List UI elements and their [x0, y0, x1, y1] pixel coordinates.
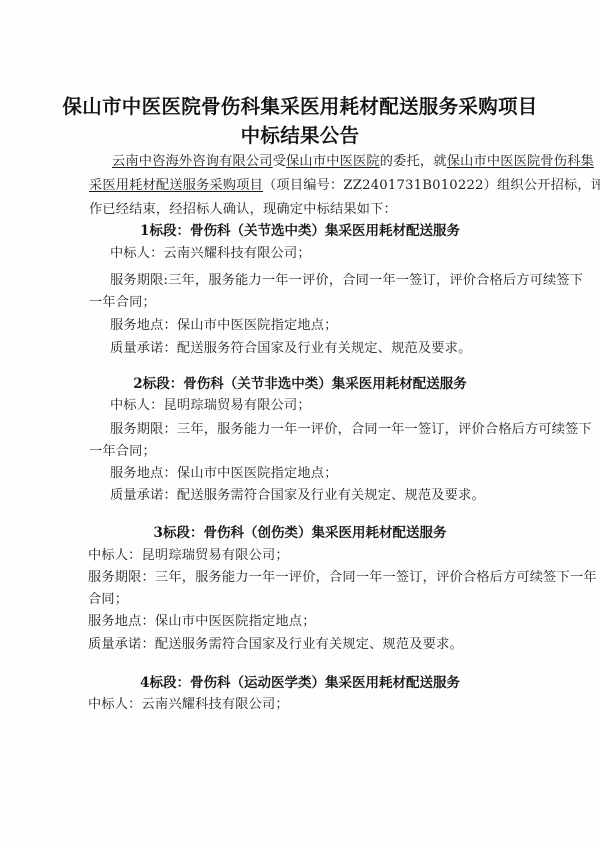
- section-2-heading: 2标段：骨伤科（关节非选中类）集采医用耗材配送服务: [0, 376, 600, 392]
- document-title-line2: 中标结果公告: [0, 124, 600, 148]
- section-3-period: 服务期限：三年，服务能力一年一评价，合同一年一签订，评价合格后方可续签下一年: [88, 570, 597, 586]
- section-3-period-cont: 合同；: [88, 592, 128, 608]
- section-2-location: 服务地点：保山市中医医院指定地点；: [110, 466, 338, 482]
- section-3-winner: 中标人：昆明琮瑞贸易有限公司；: [88, 548, 289, 564]
- project-name-part2: 采医用耗材配送服务采购项目: [89, 178, 263, 193]
- section-3-heading: 3标段：骨伤科（创伤类）集采医用耗材配送服务: [0, 525, 600, 541]
- section-3-location: 服务地点：保山市中医医院指定地点；: [88, 614, 316, 630]
- section-1-winner: 中标人：云南兴耀科技有限公司；: [110, 246, 311, 262]
- intro-line-1: 云南中咨海外咨询有限公司受保山市中医医院的委托，就保山市中医医院骨伤科集: [112, 154, 594, 170]
- section-2-winner: 中标人：昆明琮瑞贸易有限公司；: [110, 398, 311, 414]
- document-title-line1: 保山市中医医院骨伤科集采医用耗材配送服务采购项目: [0, 95, 600, 119]
- section-1-period-cont: 一年合同；: [89, 295, 156, 311]
- intro-line-2: 采医用耗材配送服务采购项目（项目编号：ZZ2401731B010222）组织公开…: [89, 178, 600, 194]
- section-2-quality: 质量承诺：配送服务需符合国家及行业有关规定、规范及要求。: [110, 488, 485, 504]
- section-4-heading: 4标段：骨伤科（运动医学类）集采医用耗材配送服务: [0, 675, 600, 691]
- section-1-heading: 1标段：骨伤科（关节选中类）集采医用耗材配送服务: [0, 223, 600, 239]
- section-2-period-cont: 一年合同；: [89, 444, 156, 460]
- project-name-part1: 保山市中医医院骨伤科集: [447, 154, 594, 169]
- project-number-text: （项目编号：ZZ2401731B010222）组织公开招标，评标工: [263, 178, 600, 193]
- section-1-quality: 质量承诺：配送服务符合国家及行业有关规定、规范及要求。: [110, 341, 471, 357]
- section-1-location: 服务地点：保山市中医医院指定地点；: [110, 318, 338, 334]
- agency-name: 云南中咨海外咨询有限公司: [112, 154, 273, 169]
- document-page: 保山市中医医院骨伤科集采医用耗材配送服务采购项目 中标结果公告 云南中咨海外咨询…: [0, 0, 600, 849]
- section-4-winner: 中标人：云南兴耀科技有限公司；: [88, 697, 289, 713]
- section-3-quality: 质量承诺：配送服务需符合国家及行业有关规定、规范及要求。: [88, 637, 463, 653]
- section-2-period: 服务期限：三年，服务能力一年一评价，合同一年一签订，评价合格后方可续签下: [110, 422, 592, 438]
- section-1-period: 服务期限:三年，服务能力一年一评价，合同一年一签订，评价合格后方可续签下: [110, 273, 583, 289]
- client-name: 保山市中医医院: [286, 154, 380, 169]
- intro-line-3: 作已经结束，经招标人确认，现确定中标结果如下：: [89, 202, 397, 218]
